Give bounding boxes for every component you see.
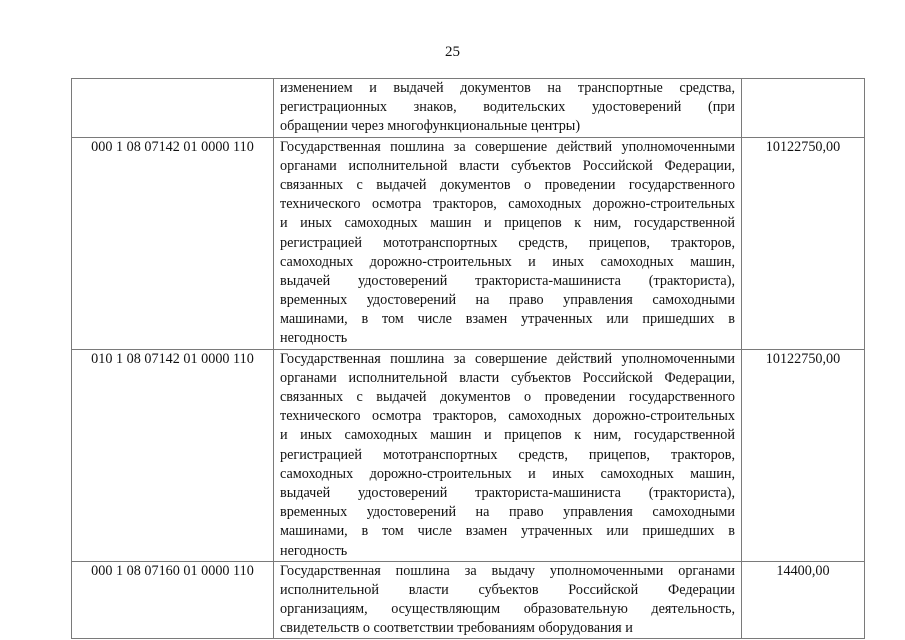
text-line: регистрационных знаков, водительских удо…: [280, 98, 735, 117]
text-line: выдачей удостоверений тракториста-машини…: [280, 484, 735, 503]
text-line: негодность: [280, 329, 735, 348]
text-line: машинами, в том числе взамен утраченных …: [280, 310, 735, 329]
table-row: 000 1 08 07160 01 0000 110 Государственн…: [72, 561, 865, 639]
text-line: регистрацией мототранспортных средств, п…: [280, 234, 735, 253]
amount-cell: 10122750,00: [742, 349, 865, 561]
page-number: 25: [0, 44, 905, 61]
table-body: изменением и выдачей документов на транс…: [72, 79, 865, 639]
text-line: органами исполнительной власти субъектов…: [280, 369, 735, 388]
text-line: Государственная пошлина за совершение де…: [280, 350, 735, 369]
text-line: регистрацией мототранспортных средств, п…: [280, 446, 735, 465]
text-line: негодность: [280, 542, 735, 561]
budget-code-cell: [72, 79, 274, 138]
text-line: Государственная пошлина за совершение де…: [280, 138, 735, 157]
text-line: связанных с выдачей документов о проведе…: [280, 388, 735, 407]
text-line: временных удостоверений на право управле…: [280, 291, 735, 310]
text-line: организациям, осуществляющим образовател…: [280, 600, 735, 619]
text-line: и иных самоходных машин и прицепов к ним…: [280, 214, 735, 233]
text-line: связанных с выдачей документов о проведе…: [280, 176, 735, 195]
text-line: Государственная пошлина за выдачу уполно…: [280, 562, 735, 581]
income-name-cell: Государственная пошлина за выдачу уполно…: [274, 561, 742, 639]
text-line: исполнительной власти субъектов Российск…: [280, 581, 735, 600]
income-name-cell: изменением и выдачей документов на транс…: [274, 79, 742, 138]
text-line: машинами, в том числе взамен утраченных …: [280, 522, 735, 541]
text-line: обращении через многофункциональные цент…: [280, 117, 735, 136]
income-name-cell: Государственная пошлина за совершение де…: [274, 349, 742, 561]
text-line: самоходных дорожно-строительных и иных с…: [280, 465, 735, 484]
budget-code-cell: 010 1 08 07142 01 0000 110: [72, 349, 274, 561]
table-row: 010 1 08 07142 01 0000 110 Государственн…: [72, 349, 865, 561]
text-line: свидетельств о соответствии требованиям …: [280, 619, 735, 638]
budget-table: изменением и выдачей документов на транс…: [71, 78, 865, 639]
text-line: изменением и выдачей документов на транс…: [280, 79, 735, 98]
income-name-cell: Государственная пошлина за совершение де…: [274, 137, 742, 349]
text-line: временных удостоверений на право управле…: [280, 503, 735, 522]
table-row: 000 1 08 07142 01 0000 110 Государственн…: [72, 137, 865, 349]
amount-cell: 10122750,00: [742, 137, 865, 349]
budget-code-cell: 000 1 08 07160 01 0000 110: [72, 561, 274, 639]
text-line: технического осмотра тракторов, самоходн…: [280, 195, 735, 214]
amount-cell: 14400,00: [742, 561, 865, 639]
text-line: технического осмотра тракторов, самоходн…: [280, 407, 735, 426]
text-line: самоходных дорожно-строительных и иных с…: [280, 253, 735, 272]
text-line: органами исполнительной власти субъектов…: [280, 157, 735, 176]
table-row: изменением и выдачей документов на транс…: [72, 79, 865, 138]
budget-code-cell: 000 1 08 07142 01 0000 110: [72, 137, 274, 349]
text-line: выдачей удостоверений тракториста-машини…: [280, 272, 735, 291]
text-line: и иных самоходных машин и прицепов к ним…: [280, 426, 735, 445]
amount-cell: [742, 79, 865, 138]
